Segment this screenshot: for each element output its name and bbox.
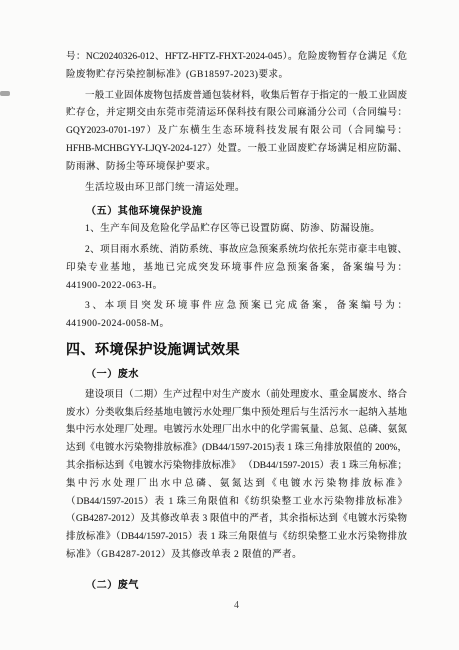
text-line: 一般工业固体废物包括废普通包装材料，收集后暂存于指定的一般工业固废: [66, 88, 407, 106]
text-line: （GB4287-2012）及其修改单表 3 限值中的严者，其余指标达到《电镀水污…: [66, 511, 407, 529]
text-line: 441900-2022-063-H。: [66, 278, 407, 296]
text-line: 其余指标达到《电镀水污染物排放标准》 （DB44/1597-2015）表 1 珠…: [66, 458, 407, 476]
text-line: 防雨淋、防扬尘等环境保护要求。: [66, 159, 407, 177]
text-line: 排放标准》（DB44/1597-2015）表 1 珠三角限值与《纺织染整工业水污…: [66, 529, 407, 547]
text-line: 1、生产车间及危险化学品贮存区等已设置防腐、防渗、防漏设施。: [66, 221, 407, 239]
text-line: 建设项目（二期）生产过程中对生产废水（前处理废水、重金属废水、络合: [66, 387, 407, 405]
page-number: 4: [234, 600, 239, 611]
subsection-heading: （五）其他环境保护设施: [66, 203, 407, 221]
text-line: 标准》（GB4287-2012）及其修改单表 2 限值的严者。: [66, 547, 407, 565]
text-line: 生活垃圾由环卫部门统一清运处理。: [66, 180, 407, 198]
subsection-heading: （一）废水: [66, 366, 407, 384]
subsection-heading: （二）废气: [66, 577, 407, 595]
text-line: 集中污水处理厂出水中总磷、氨氮达到《电镀水污染物排放标准》: [66, 476, 407, 494]
text-line: 险废物贮存污染控制标准》(GB18597-2023)要求。: [66, 67, 407, 85]
scan-artifact-mark: [0, 91, 10, 96]
text-line: GQY2023-0701-197）及广东横生生态环境科技发展有限公司（合同编号：: [66, 123, 407, 141]
text-line: 印染专业基地，基地已完成突发环境事件应急预案备案，备案编号为：: [66, 260, 407, 278]
scanned-document-page: 号：NC20240326-012、HFTZ-HFTZ-FHXT-2024-045…: [0, 0, 459, 650]
text-line: （DB44/1597-2015）表 1 珠三角限值和《纺织染整工业水污染物排放标…: [66, 494, 407, 512]
text-line: 号：NC20240326-012、HFTZ-HFTZ-FHXT-2024-045…: [66, 49, 407, 67]
document-text-block: 号：NC20240326-012、HFTZ-HFTZ-FHXT-2024-045…: [66, 49, 407, 595]
text-line: 2、项目雨水系统、消防系统、事故应急预案系统均依托东莞市豪丰电镀、: [66, 242, 407, 260]
text-line: 废水）分类收集后经基地电镀污水处理厂集中预处理后与生活污水一起纳入基地: [66, 405, 407, 423]
text-line: 441900-2024-0058-M。: [66, 316, 407, 334]
page-footer: 4: [66, 600, 407, 611]
text-line: 达到《电镀水污染物排放标准》(DB44/1597-2015)表 1 珠三角排放限…: [66, 440, 407, 458]
text-line: 贮存仓，并定期交由东莞市莞清运环保科技有限公司麻涌分公司（合同编号：: [66, 105, 407, 123]
text-line: HFHB-MCHBGYY-LJQY-2024-127）处置。一般工业固废贮存场满…: [66, 141, 407, 159]
text-line: 3、本项目突发环境事件应急预案已完成备案，备案编号为：: [66, 298, 407, 316]
text-line: 集中污水处理厂处理。电镀污水处理厂出水中的化学需氧量、总氮、总磷、氨氮: [66, 422, 407, 440]
section-heading: 四、环境保护设施调试效果: [66, 342, 407, 360]
